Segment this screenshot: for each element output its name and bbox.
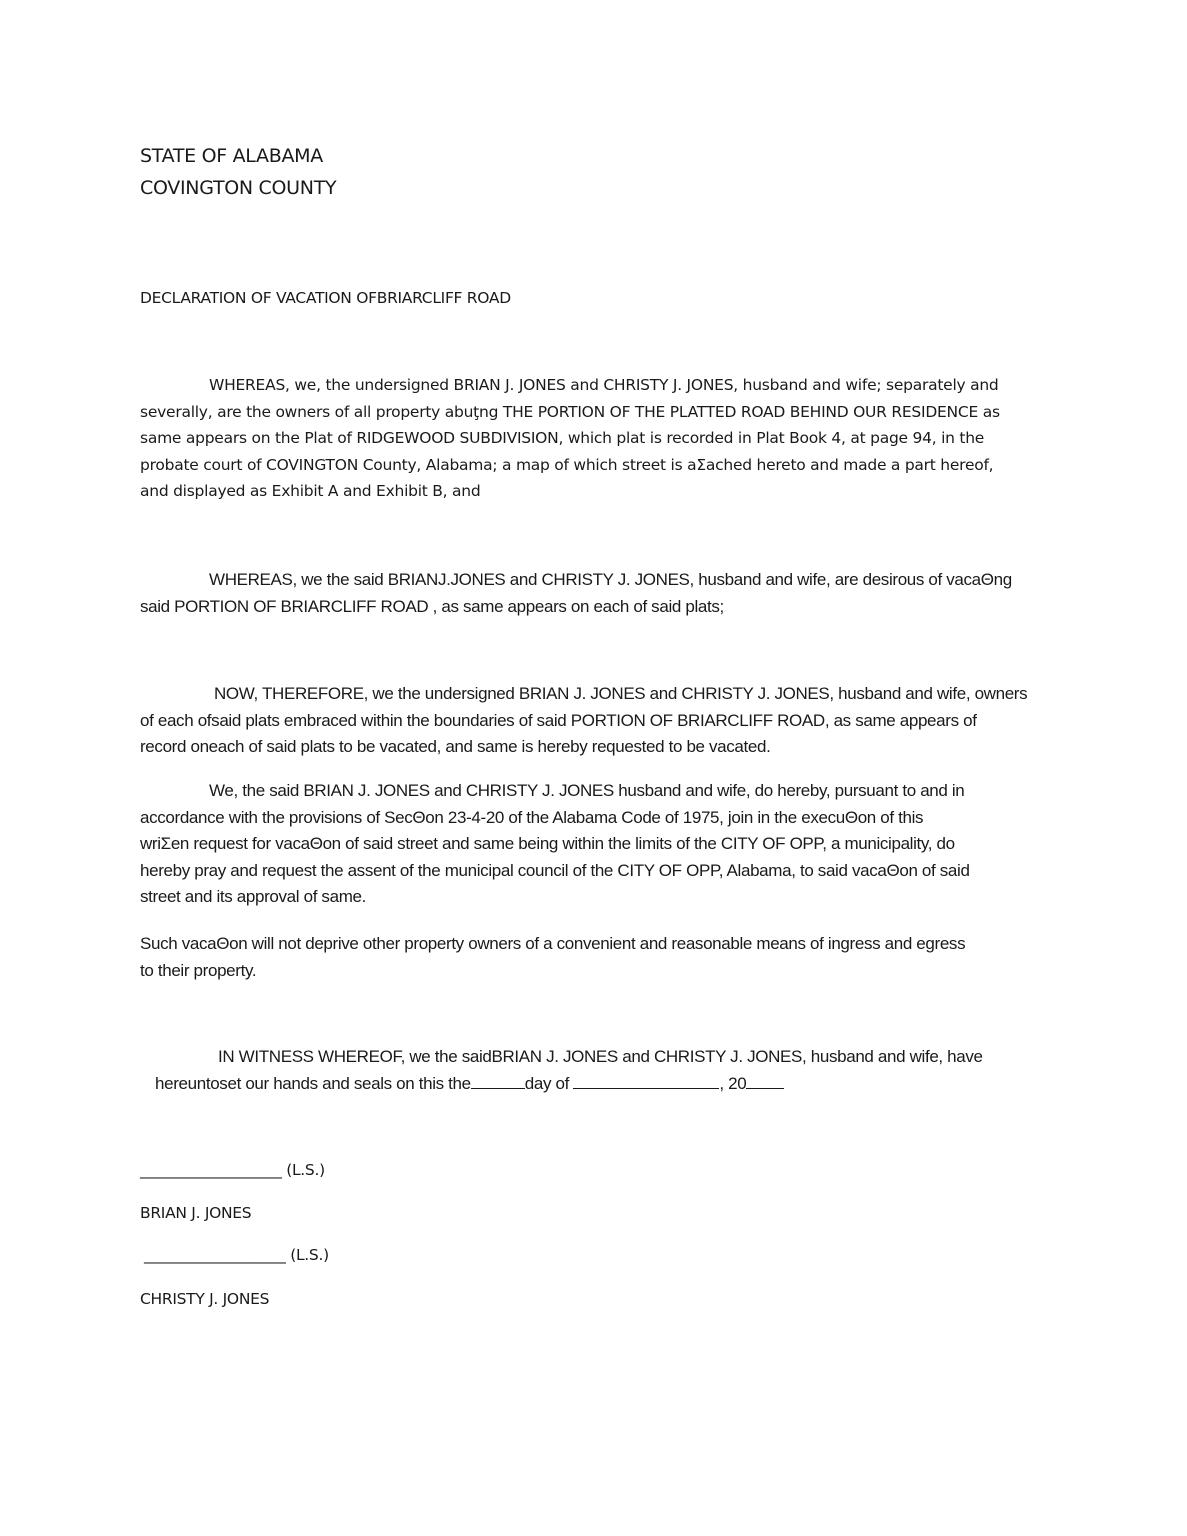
paragraph-witness: IN WITNESS WHEREOF, we the saidBRIAN J. … — [155, 1044, 983, 1097]
paragraph-line: severally, are the owners of all propert… — [140, 399, 1000, 426]
signature-line[interactable]: ___________________ — [144, 1246, 286, 1264]
paragraph-line: WHEREAS, we the said BRIANJ.JONES and CH… — [140, 567, 1012, 594]
paragraph-now-therefore: NOW, THEREFORE, we the undersigned BRIAN… — [140, 681, 1027, 761]
signatory-name-christy: CHRISTY J. JONES — [140, 1290, 269, 1308]
paragraph-line: accordance with the provisions of SecΘon… — [140, 805, 970, 832]
month-blank-field[interactable] — [573, 1074, 719, 1089]
paragraph-line: WHEREAS, we, the undersigned BRIAN J. JO… — [140, 372, 1000, 399]
paragraph-line: and displayed as Exhibit A and Exhibit B… — [140, 478, 1000, 505]
signature-block-brian: ___________________ (L.S.) — [140, 1161, 325, 1179]
paragraph-line: street and its approval of same. — [140, 884, 970, 911]
paragraph-pursuant: We, the said BRIAN J. JONES and CHRISTY … — [140, 778, 970, 911]
year-prefix: , 20 — [719, 1074, 746, 1093]
signatory-name-brian: BRIAN J. JONES — [140, 1204, 251, 1222]
signature-line[interactable]: ___________________ — [140, 1161, 282, 1179]
paragraph-line: hereby pray and request the assent of th… — [140, 858, 970, 885]
paragraph-line: same appears on the Plat of RIDGEWOOD SU… — [140, 425, 1000, 452]
county-heading: COVINGTON COUNTY — [140, 172, 336, 204]
day-blank-field[interactable] — [471, 1074, 525, 1089]
paragraph-line: NOW, THEREFORE, we the undersigned BRIAN… — [140, 681, 1027, 708]
paragraph-line: record oneach of said plats to be vacate… — [140, 734, 1027, 761]
paragraph-line: wriΣen request for vacaΘon of said stree… — [140, 831, 970, 858]
paragraph-line: IN WITNESS WHEREOF, we the saidBRIAN J. … — [155, 1044, 983, 1071]
document-title: DECLARATION OF VACATION OFBRIARCLIFF ROA… — [140, 289, 511, 307]
paragraph-whereas-ownership: WHEREAS, we, the undersigned BRIAN J. JO… — [140, 372, 1000, 505]
document-page: STATE OF ALABAMA COVINGTON COUNTY DECLAR… — [0, 0, 1187, 1536]
year-blank-field[interactable] — [746, 1074, 784, 1089]
signature-block-christy: ___________________ (L.S.) — [144, 1246, 329, 1264]
date-line: hereuntoset our hands and seals on this … — [155, 1071, 983, 1098]
paragraph-line: to their property. — [140, 958, 965, 985]
state-heading: STATE OF ALABAMA — [140, 140, 336, 172]
date-prefix: hereuntoset our hands and seals on this … — [155, 1074, 471, 1093]
paragraph-line: of each ofsaid plats embraced within the… — [140, 708, 1027, 735]
paragraph-line: said PORTION OF BRIARCLIFF ROAD , as sam… — [140, 594, 1012, 621]
seal-label: (L.S.) — [290, 1246, 329, 1264]
paragraph-line: Such vacaΘon will not deprive other prop… — [140, 931, 965, 958]
paragraph-whereas-desire: WHEREAS, we the said BRIANJ.JONES and CH… — [140, 567, 1012, 620]
seal-label: (L.S.) — [286, 1161, 325, 1179]
paragraph-line: probate court of COVINGTON County, Alaba… — [140, 452, 1000, 479]
paragraph-line: We, the said BRIAN J. JONES and CHRISTY … — [140, 778, 970, 805]
day-of-label: day of — [525, 1074, 574, 1093]
jurisdiction-header: STATE OF ALABAMA COVINGTON COUNTY — [140, 140, 336, 204]
paragraph-access: Such vacaΘon will not deprive other prop… — [140, 931, 965, 984]
